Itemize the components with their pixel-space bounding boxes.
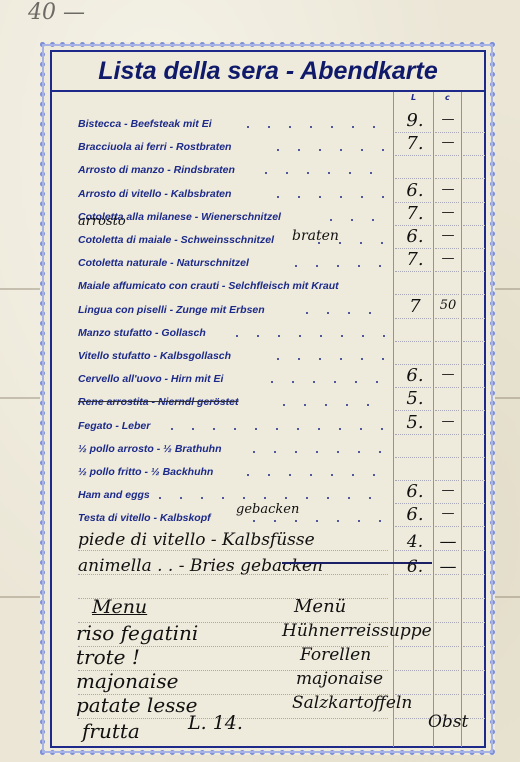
menu-item-label: Manzo stufatto - Gollasch <box>78 323 206 343</box>
menu-line: riso fegatini <box>76 621 198 645</box>
leader-dot <box>373 474 375 476</box>
cell-rule <box>435 248 459 250</box>
cell-rule <box>463 694 485 696</box>
leader-dot <box>274 520 276 522</box>
price-lire: 7. <box>400 203 430 224</box>
cell-rule <box>463 271 485 273</box>
leader-dot <box>316 451 318 453</box>
menu-line: Obst <box>428 712 468 732</box>
leader-dot <box>360 242 362 244</box>
menu-item-label: Ham and eggs <box>78 485 150 505</box>
cell-rule <box>435 225 459 227</box>
leader-dot <box>327 312 329 314</box>
leader-dot <box>299 335 301 337</box>
leader-dot <box>341 335 343 337</box>
leader-dot <box>373 126 375 128</box>
cell-rule <box>435 457 459 459</box>
cell-rule <box>463 670 485 672</box>
leader-dot <box>201 497 203 499</box>
leader-dot <box>298 196 300 198</box>
leader-dot <box>283 404 285 406</box>
price-cent: — <box>437 506 459 521</box>
cell-rule <box>463 434 485 436</box>
cell-rule <box>463 318 485 320</box>
leader-dot <box>340 358 342 360</box>
cell-rule <box>463 526 485 528</box>
menu-line: trote ! <box>76 645 140 669</box>
column-header-cent: c <box>445 93 450 102</box>
leader-dot <box>337 451 339 453</box>
cell-rule <box>435 526 459 528</box>
column-divider-lire <box>393 92 394 747</box>
leader-dot <box>334 381 336 383</box>
cell-rule <box>463 480 485 482</box>
leader-dot <box>382 149 384 151</box>
price-cent: — <box>437 483 459 498</box>
leader-dot <box>376 381 378 383</box>
leader-dot <box>255 428 257 430</box>
cell-rule <box>395 457 431 459</box>
price-lire: 6. <box>400 557 430 577</box>
price-cent: — <box>437 135 459 150</box>
leader-dot <box>319 358 321 360</box>
leader-dot <box>171 428 173 430</box>
menu-heading-german: Menü <box>294 596 346 617</box>
leader-dot <box>379 265 381 267</box>
cell-rule <box>395 670 431 672</box>
column-header-lire: L <box>411 93 416 102</box>
cell-rule <box>435 271 459 273</box>
leader-dot <box>346 404 348 406</box>
leader-dot <box>295 520 297 522</box>
leader-dot <box>307 172 309 174</box>
cell-rule <box>395 318 431 320</box>
price-cent: — <box>437 367 459 382</box>
leader-dot <box>337 520 339 522</box>
menu-item-label: ½ pollo fritto - ½ Backhuhn <box>78 462 213 482</box>
leader-dot <box>381 428 383 430</box>
cell-rule <box>463 503 485 505</box>
leader-dot <box>316 520 318 522</box>
leader-dot <box>277 149 279 151</box>
cell-rule <box>435 622 459 624</box>
menu-item-label: Arrosto di manzo - Rindsbraten <box>78 160 235 180</box>
price-lire: 6. <box>400 504 430 525</box>
leader-dot <box>340 149 342 151</box>
price-cent: — <box>437 557 459 577</box>
leader-dot <box>306 312 308 314</box>
leader-dot <box>339 242 341 244</box>
leader-dot <box>339 428 341 430</box>
leader-dot <box>276 428 278 430</box>
leader-dot <box>362 335 364 337</box>
leader-dot <box>319 149 321 151</box>
price-cent: — <box>437 112 459 127</box>
cell-rule <box>395 155 431 157</box>
leader-dot <box>337 265 339 267</box>
leader-dot <box>352 474 354 476</box>
leader-dot <box>243 497 245 499</box>
annotation-arrosto: arrosto <box>78 214 126 229</box>
leader-dot <box>298 149 300 151</box>
leader-dot <box>298 358 300 360</box>
leader-dot <box>222 497 224 499</box>
cell-rule <box>435 694 459 696</box>
price-cent: — <box>437 205 459 220</box>
leader-dot <box>180 497 182 499</box>
leader-dot <box>316 265 318 267</box>
menu-item-label: Cotoletta naturale - Naturschnitzel <box>78 253 249 273</box>
menu-item-label: Rene arrostita - Nierndl geröstet <box>78 392 238 412</box>
leader-dot <box>247 474 249 476</box>
leader-dot <box>358 265 360 267</box>
cell-rule <box>463 341 485 343</box>
leader-dot <box>274 451 276 453</box>
leader-dot <box>247 126 249 128</box>
leader-dot <box>352 126 354 128</box>
menu-line: Forellen <box>300 645 371 665</box>
leader-dot <box>367 404 369 406</box>
leader-dot <box>289 474 291 476</box>
leader-dot <box>292 381 294 383</box>
menu-item-label: Cotoletta di maiale - Schweinsschnitzel <box>78 230 274 250</box>
leader-dot <box>277 358 279 360</box>
leader-dot <box>349 172 351 174</box>
cell-rule <box>463 178 485 180</box>
leader-dot <box>320 335 322 337</box>
cell-rule <box>463 294 485 296</box>
leader-dot <box>297 428 299 430</box>
cell-rule <box>435 503 459 505</box>
leader-dot <box>331 126 333 128</box>
price-cent: — <box>437 532 459 552</box>
cell-rule <box>463 622 485 624</box>
leader-dot <box>361 196 363 198</box>
cell-rule <box>463 574 485 576</box>
cell-rule <box>463 248 485 250</box>
leader-dot <box>257 335 259 337</box>
price-cent: 50 <box>437 298 459 313</box>
cell-rule <box>463 457 485 459</box>
price-cent: — <box>437 182 459 197</box>
cell-rule <box>463 387 485 389</box>
menu-line: frutta <box>82 719 140 743</box>
leader-dot <box>383 335 385 337</box>
cell-rule <box>435 387 459 389</box>
cell-rule <box>435 155 459 157</box>
price-lire: 5. <box>400 388 430 409</box>
leader-dot <box>382 358 384 360</box>
menu-item-label: Lingua con piselli - Zunge mit Erbsen <box>78 300 265 320</box>
leader-dot <box>286 172 288 174</box>
page-title: Lista della sera - Abendkarte <box>52 52 484 88</box>
leader-dot <box>360 428 362 430</box>
column-divider-right <box>461 92 462 747</box>
leader-dot <box>348 312 350 314</box>
cell-rule <box>463 364 485 366</box>
menu-line: Salzkartoffeln <box>292 693 412 713</box>
menu-item-label: Maiale affumicato con crauti - Selchflei… <box>78 276 339 296</box>
cell-rule <box>395 646 431 648</box>
leader-dot <box>289 126 291 128</box>
cell-rule <box>435 434 459 436</box>
leader-dot <box>382 196 384 198</box>
cell-rule <box>463 598 485 600</box>
price-lire: 7. <box>400 133 430 154</box>
leader-dot <box>268 474 270 476</box>
handwritten-item-piede: piede di vitello - Kalbsfüsse <box>78 530 315 550</box>
leader-dot <box>213 428 215 430</box>
leader-dot <box>370 172 372 174</box>
cell-rule <box>463 550 485 552</box>
leader-dot <box>369 312 371 314</box>
cell-rule <box>435 294 459 296</box>
leader-dot <box>268 126 270 128</box>
price-lire: 7. <box>400 249 430 270</box>
leader-dot <box>348 497 350 499</box>
leader-dot <box>331 474 333 476</box>
column-divider-cent <box>433 92 434 747</box>
cell-rule <box>395 271 431 273</box>
menu-item-label: Vitello stufatto - Kalbsgollasch <box>78 346 231 366</box>
menu-heading-italian: Menu <box>92 596 147 618</box>
menu-item-label: Fegato - Leber <box>78 416 150 436</box>
cell-rule <box>435 132 459 134</box>
price-cent: — <box>437 414 459 429</box>
leader-dot <box>361 149 363 151</box>
cell-rule <box>435 410 459 412</box>
cell-rule <box>395 341 431 343</box>
cell-rule <box>463 225 485 227</box>
cell-rule <box>463 410 485 412</box>
leader-dot <box>318 428 320 430</box>
price-lire: 6. <box>400 481 430 502</box>
leader-dot <box>358 520 360 522</box>
leader-dot <box>379 451 381 453</box>
leader-dot <box>358 451 360 453</box>
price-cent: — <box>437 228 459 243</box>
leader-dot <box>369 497 371 499</box>
menu-item-label: Testa di vitello - Kalbskopf <box>78 508 211 528</box>
leader-dot <box>340 196 342 198</box>
leader-dot <box>306 497 308 499</box>
price-lire: 4. <box>400 532 430 552</box>
leader-dot <box>355 381 357 383</box>
price-lire: 7 <box>400 296 430 317</box>
price-lire: 5. <box>400 412 430 433</box>
menu-item-label: Bistecca - Beefsteak mit Ei <box>78 114 212 134</box>
menu-line: majonaise <box>76 669 178 693</box>
cell-rule <box>435 646 459 648</box>
leader-dot <box>319 196 321 198</box>
leader-dot <box>379 520 381 522</box>
leader-dot <box>295 265 297 267</box>
title-divider <box>52 90 484 92</box>
handwritten-item-animella: animella . . - Bries gebacken <box>78 556 323 576</box>
leader-dot <box>327 497 329 499</box>
leader-dot <box>264 497 266 499</box>
menu-price: L. 14. <box>188 712 243 734</box>
cell-rule <box>435 178 459 180</box>
cell-rule <box>435 318 459 320</box>
cell-rule <box>435 341 459 343</box>
cell-rule <box>78 550 388 552</box>
leader-dot <box>328 172 330 174</box>
cell-rule <box>463 155 485 157</box>
menu-line: patate lesse <box>76 693 198 717</box>
leader-dot <box>310 474 312 476</box>
leader-dot <box>159 497 161 499</box>
leader-dot <box>192 428 194 430</box>
leader-dot <box>234 428 236 430</box>
cell-rule <box>395 434 431 436</box>
leader-dot <box>253 520 255 522</box>
menu-item-label: Cervello all'uovo - Hirn mit Ei <box>78 369 223 389</box>
annotation-braten: braten <box>292 228 339 244</box>
leader-dot <box>381 242 383 244</box>
price-lire: 9. <box>400 110 430 131</box>
leader-dot <box>361 358 363 360</box>
leader-dot <box>285 497 287 499</box>
menu-item-label: Arrosto di vitello - Kalbsbraten <box>78 184 231 204</box>
cell-rule <box>435 670 459 672</box>
cell-rule <box>463 646 485 648</box>
menu-line: Hühnerreissuppe <box>282 621 432 641</box>
pencil-note: 40 — <box>28 0 85 25</box>
leader-dot <box>325 404 327 406</box>
leader-dot <box>265 172 267 174</box>
cell-rule <box>395 526 431 528</box>
menu-line: majonaise <box>296 669 383 689</box>
leader-dot <box>310 126 312 128</box>
price-lire: 6. <box>400 365 430 386</box>
leader-dot <box>277 196 279 198</box>
leader-dot <box>372 219 374 221</box>
cell-rule <box>463 202 485 204</box>
leader-dot <box>236 335 238 337</box>
leader-dot <box>295 451 297 453</box>
cell-rule <box>395 718 431 720</box>
cell-rule <box>435 598 459 600</box>
menu-item-label: Bracciuola ai ferri - Rostbraten <box>78 137 231 157</box>
leader-dot <box>253 451 255 453</box>
price-lire: 6. <box>400 226 430 247</box>
menu-item-label: ½ pollo arrosto - ½ Brathuhn <box>78 439 222 459</box>
leader-dot <box>271 381 273 383</box>
leader-dot <box>304 404 306 406</box>
cell-rule <box>435 202 459 204</box>
leader-dot <box>330 219 332 221</box>
leader-dot <box>278 335 280 337</box>
cell-rule <box>435 364 459 366</box>
leader-dot <box>313 381 315 383</box>
price-cent: — <box>437 251 459 266</box>
cell-rule <box>463 132 485 134</box>
cell-rule <box>435 480 459 482</box>
price-lire: 6. <box>400 180 430 201</box>
annotation-gebacken: gebacken <box>236 502 299 517</box>
leader-dot <box>351 219 353 221</box>
cell-rule <box>395 598 431 600</box>
